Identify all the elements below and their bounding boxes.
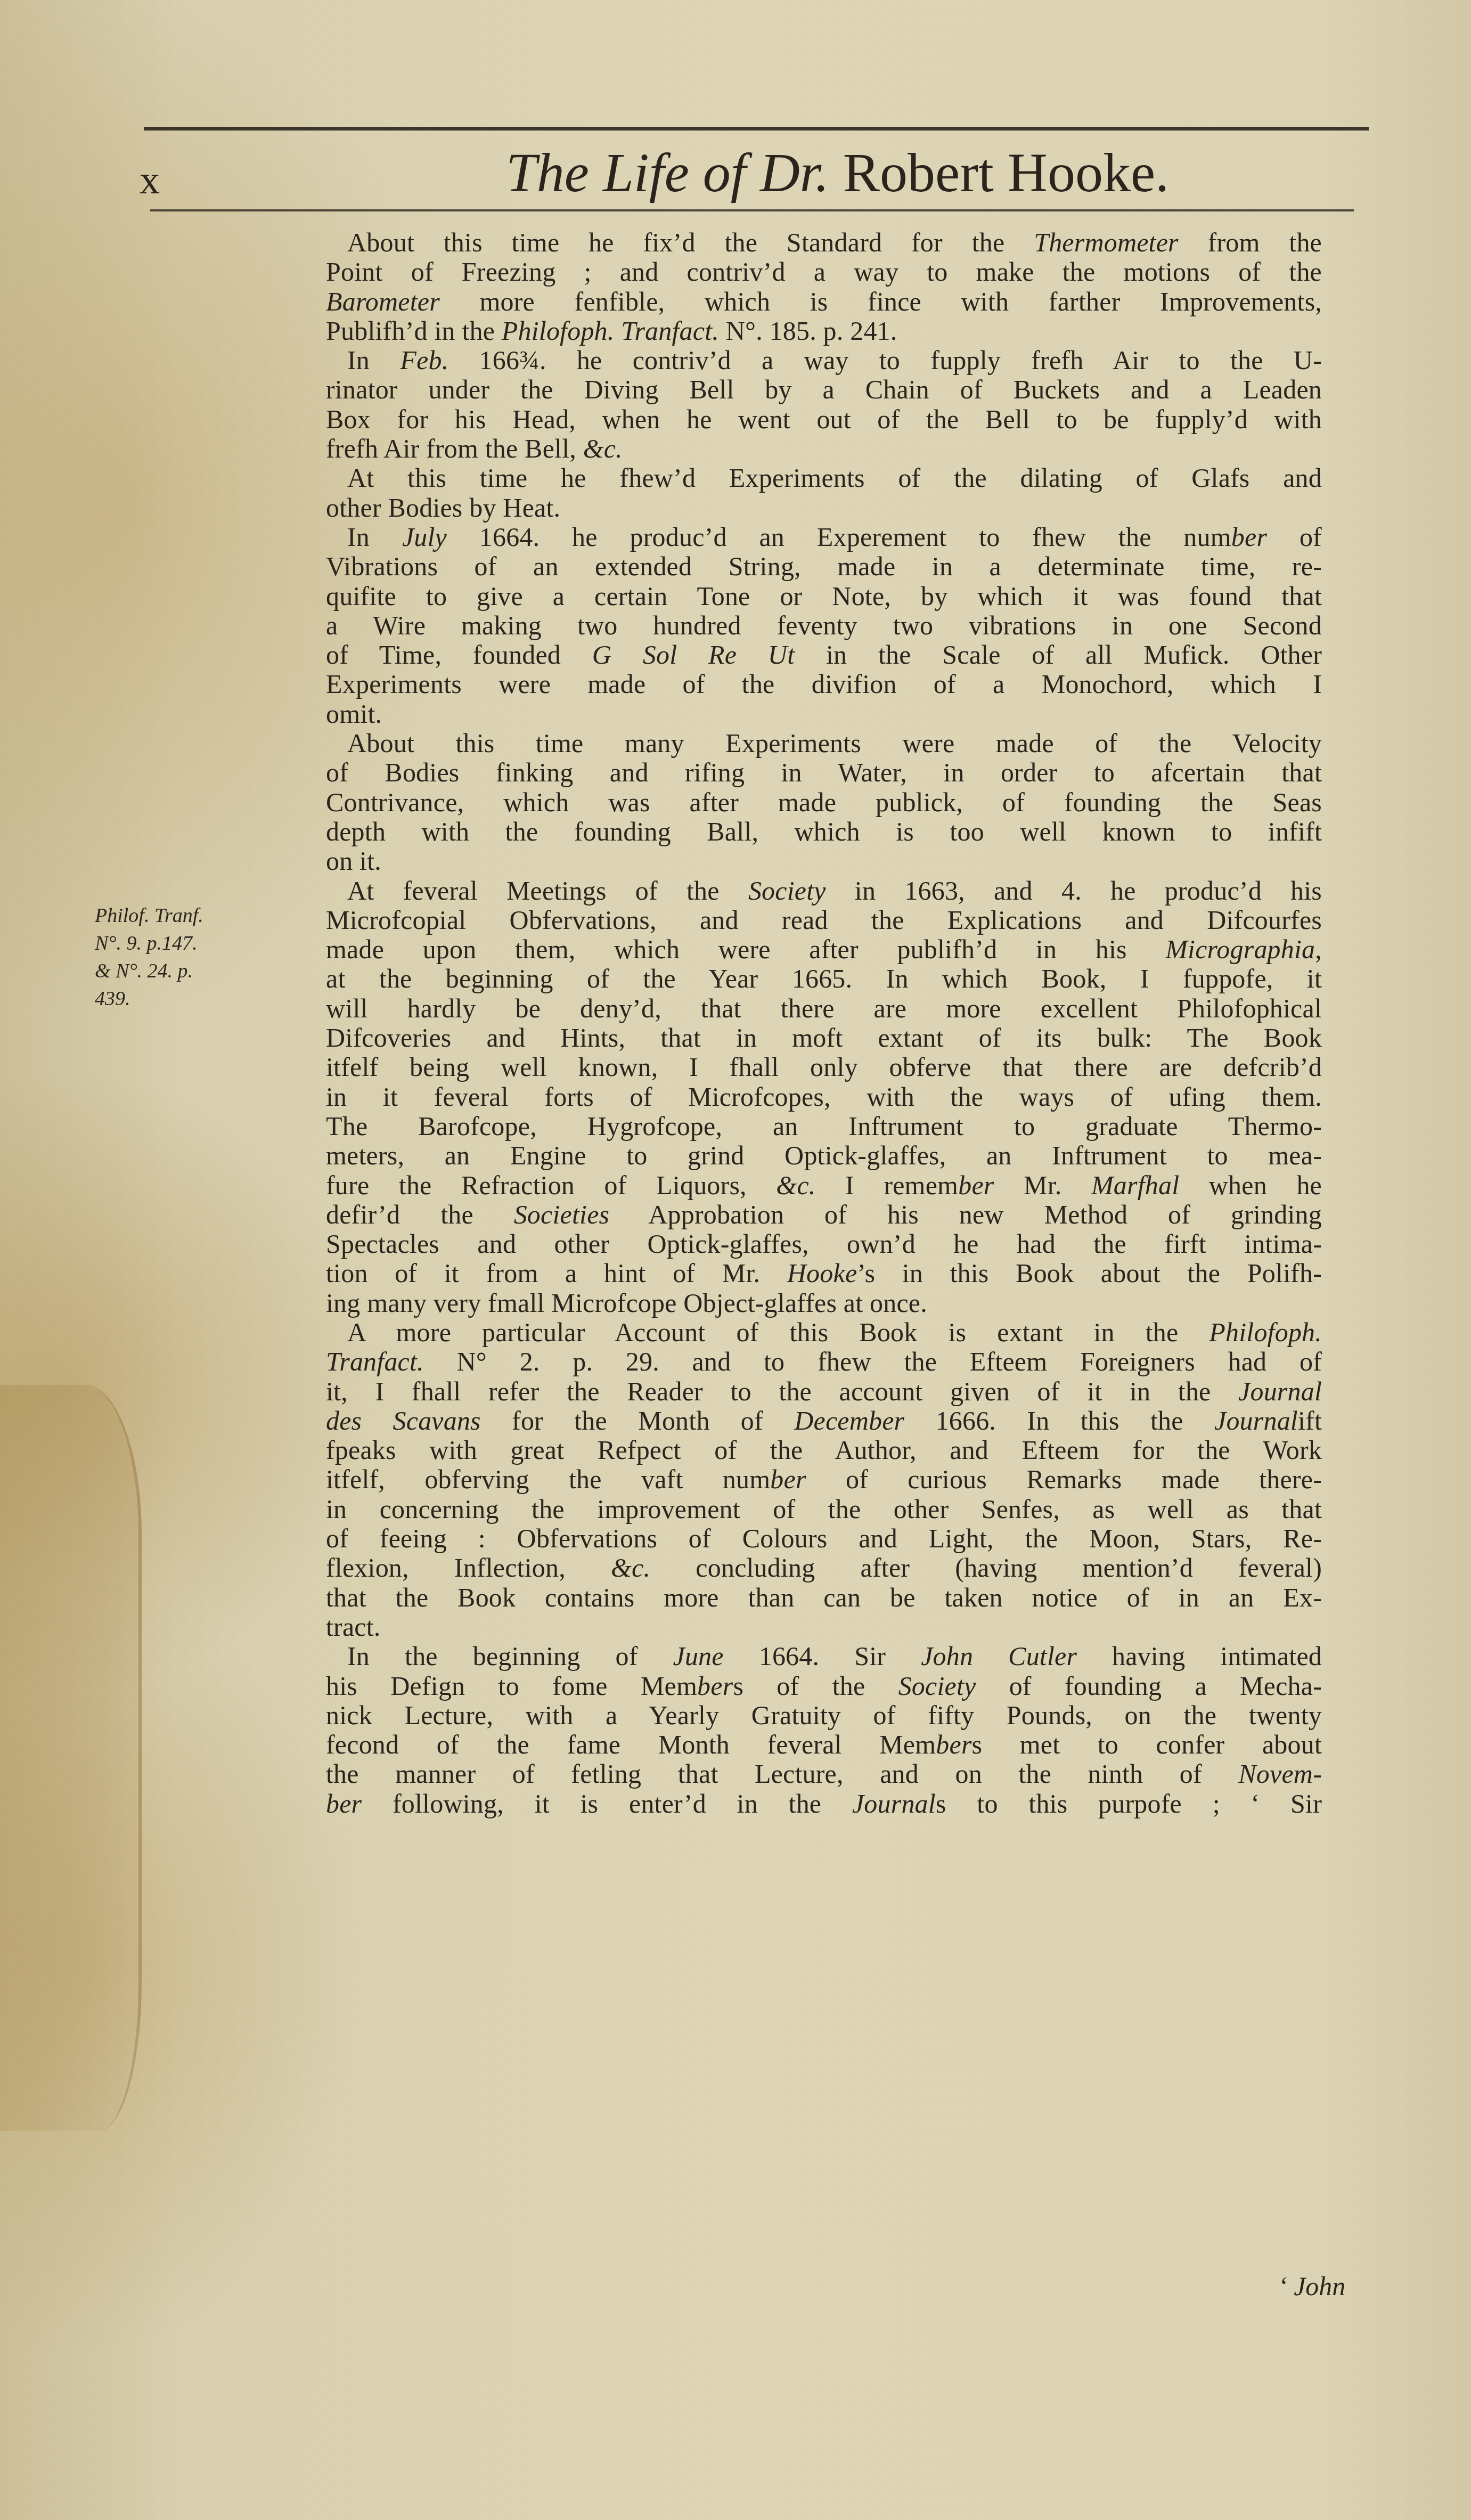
text-line: quifite to give a certain Tone or Note, … — [326, 582, 1322, 611]
text-line: fure the Refraction of Liquors, &c. I re… — [326, 1171, 1322, 1200]
text-line: fecond of the fame Month feveral Members… — [326, 1730, 1322, 1759]
text-line: will hardly be deny’d, that there are mo… — [326, 994, 1322, 1023]
text-line: Tranfact. N° 2. p. 29. and to fhew the E… — [326, 1347, 1322, 1376]
text-line: of feeing : Obfervations of Colours and … — [326, 1524, 1322, 1553]
text-line: itfelf, obferving the vaft number of cur… — [326, 1465, 1322, 1494]
text-line: Publifh’d in the Philofoph. Tranfact. N°… — [326, 316, 1322, 346]
text-line: Barometer more fenfible, which is fince … — [326, 287, 1322, 316]
text-line: At this time he fhew’d Experiments of th… — [326, 463, 1322, 493]
text-line: on it. — [326, 846, 1322, 876]
header-rule-top — [144, 127, 1369, 131]
text-line: itfelf being well known, I fhall only ob… — [326, 1053, 1322, 1082]
text-line: des Scavans for the Month of December 16… — [326, 1406, 1322, 1436]
text-line: tion of it from a hint of Mr. Hooke’s in… — [326, 1259, 1322, 1288]
text-line: the manner of fetling that Lecture, and … — [326, 1759, 1322, 1789]
text-line: omit. — [326, 699, 1322, 729]
margin-note-line: & N°. 24. p. — [95, 957, 233, 985]
text-line: About this time he fix’d the Standard fo… — [326, 228, 1322, 257]
text-line: In Feb. 166¾. he contriv’d a way to fupp… — [326, 346, 1322, 375]
text-line: A more particular Account of this Book i… — [326, 1318, 1322, 1347]
margin-note: Philof. Tranf. N°. 9. p.147. & N°. 24. p… — [95, 902, 233, 1013]
water-stain — [0, 1385, 142, 2131]
text-line: rinator under the Diving Bell by a Chain… — [326, 375, 1322, 404]
folio-number: x — [140, 157, 160, 203]
text-line: Difcoveries and Hints, that in moft exta… — [326, 1023, 1322, 1053]
text-line: of Bodies finking and rifing in Water, i… — [326, 758, 1322, 787]
text-line: of Time, founded G Sol Re Ut in the Scal… — [326, 640, 1322, 670]
text-line: meters, an Engine to grind Optick-glaffe… — [326, 1141, 1322, 1170]
text-line: depth with the founding Ball, which is t… — [326, 817, 1322, 846]
text-line: fpeaks with great Refpect of the Author,… — [326, 1436, 1322, 1465]
margin-note-line: N°. 9. p.147. — [95, 929, 233, 957]
text-line: a Wire making two hundred feventy two vi… — [326, 611, 1322, 640]
text-line: In July 1664. he produc’d an Experement … — [326, 523, 1322, 552]
text-line: Microfcopial Obfervations, and read the … — [326, 906, 1322, 935]
margin-note-line: Philof. Tranf. — [95, 902, 233, 929]
text-line: nick Lecture, with a Yearly Gratuity of … — [326, 1701, 1322, 1730]
body-text: About this time he fix’d the Standard fo… — [326, 228, 1322, 1818]
text-line: it, I fhall refer the Reader to the acco… — [326, 1377, 1322, 1406]
text-line: his Defign to fome Members of the Societ… — [326, 1671, 1322, 1701]
catchword: ‘ John — [1278, 2271, 1345, 2302]
text-line: ing many very fmall Microfcope Object-gl… — [326, 1288, 1322, 1318]
text-line: Box for his Head, when he went out of th… — [326, 405, 1322, 434]
margin-note-line: 439. — [95, 985, 233, 1013]
text-line: other Bodies by Heat. — [326, 493, 1322, 523]
text-line: defir’d the Societies Approbation of his… — [326, 1200, 1322, 1229]
text-line: Spectacles and other Optick-glaffes, own… — [326, 1229, 1322, 1259]
running-title: The Life of Dr. Robert Hooke. — [506, 141, 1169, 205]
text-line: flexion, Inflection, &c. concluding afte… — [326, 1553, 1322, 1583]
text-line: at the beginning of the Year 1665. In wh… — [326, 964, 1322, 993]
text-line: ber following, it is enter’d in the Jour… — [326, 1789, 1322, 1818]
text-line: that the Book contains more than can be … — [326, 1583, 1322, 1612]
text-line: The Barofcope, Hygrofcope, an Inftrument… — [326, 1112, 1322, 1141]
text-line: in it feveral forts of Microfcopes, with… — [326, 1082, 1322, 1112]
text-line: In the beginning of June 1664. Sir John … — [326, 1642, 1322, 1671]
text-line: Contrivance, which was after made public… — [326, 788, 1322, 817]
text-line: tract. — [326, 1612, 1322, 1642]
text-line: frefh Air from the Bell, &c. — [326, 434, 1322, 463]
text-line: in concerning the improvement of the oth… — [326, 1495, 1322, 1524]
text-line: Point of Freezing ; and contriv’d a way … — [326, 257, 1322, 287]
page-header: x The Life of Dr. Robert Hooke. — [133, 136, 1369, 205]
text-line: Vibrations of an extended String, made i… — [326, 552, 1322, 581]
text-line: About this time many Experiments were ma… — [326, 729, 1322, 758]
text-line: At feveral Meetings of the Society in 16… — [326, 876, 1322, 906]
running-title-italic: The Life of — [506, 142, 746, 203]
text-line: Experiments were made of the divifion of… — [326, 670, 1322, 699]
running-title-name: Robert Hooke. — [843, 142, 1169, 203]
text-line: made upon them, which were after publifh… — [326, 935, 1322, 964]
header-rule-bottom — [150, 209, 1354, 211]
running-title-dr: Dr. — [760, 142, 829, 203]
